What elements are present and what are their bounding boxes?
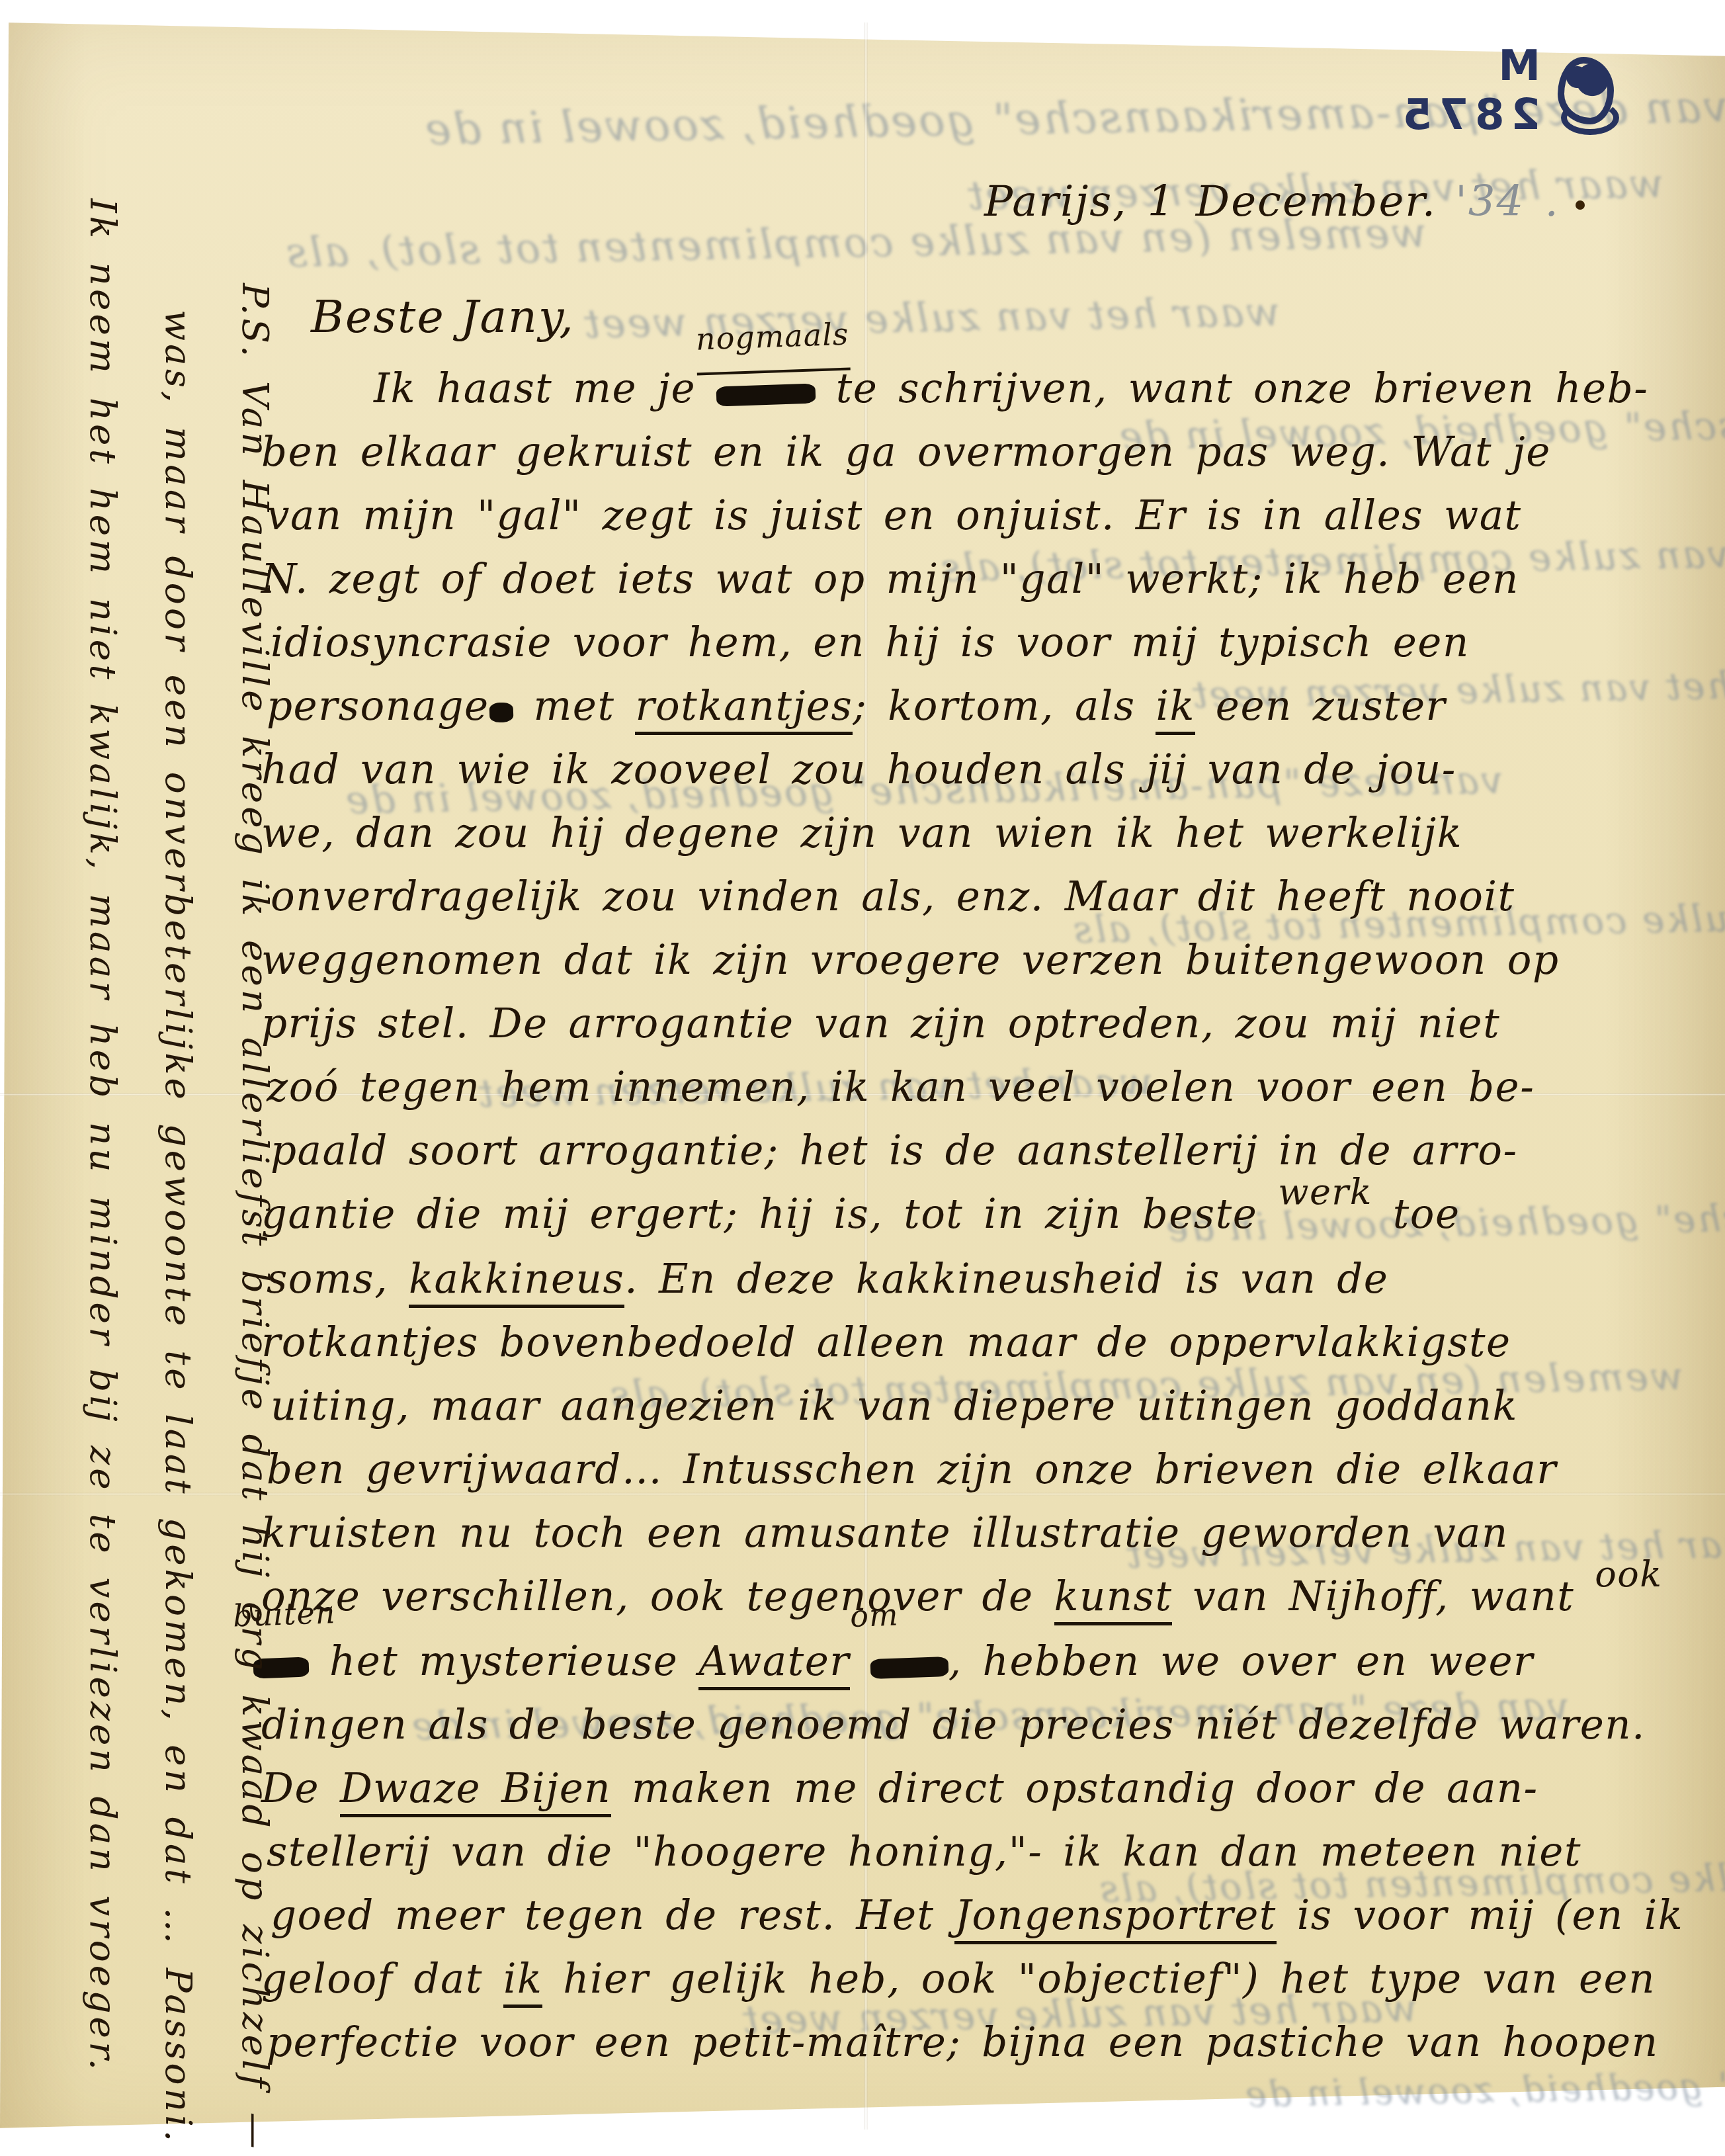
letter-line: ben elkaar gekruist en ik ga overmorgen …: [261, 421, 1703, 484]
letter-text: van Nijhoff, want: [1172, 1573, 1595, 1620]
letter-text: onverdragelijk zou vinden als, enz. Maar…: [271, 873, 1515, 920]
letter-text: maken me direct opstandig door de aan-: [611, 1765, 1538, 1812]
letter-line: N. zegt of doet iets wat op mijn "gal" w…: [261, 548, 1703, 611]
inserted-word: nogmaals: [694, 302, 850, 376]
letter-body: Ik haast me je nogmaals te schrijven, wa…: [261, 357, 1703, 2075]
letter-text: geloof dat: [261, 1956, 503, 2003]
underlined-word: kunst: [1054, 1573, 1173, 1625]
underlined-word: ik: [1156, 683, 1195, 735]
letter-text: te schrijven, want onze brieven heb-: [816, 365, 1648, 412]
letter-text: het mysterieuse: [309, 1638, 698, 1685]
letter-text: van mijn "gal" zegt is juist en onjuist.…: [267, 492, 1522, 539]
letter-line: De Dwaze Bijen maken me direct opstandig…: [261, 1757, 1703, 1821]
letter-text: ben gevrijwaard… Intusschen zijn onze br…: [267, 1446, 1557, 1493]
letter-text: goed meer tegen de rest. Het: [271, 1892, 954, 1939]
letter-line: weggenomen dat ik zijn vroegere verzen b…: [261, 929, 1703, 992]
letter-text: rotkantjes bovenbedoeld alleen maar de o…: [261, 1319, 1511, 1366]
underlined-word: Dwaze Bijen: [340, 1765, 611, 1817]
letter-text: had van wie ik zooveel zou houden als ji…: [261, 746, 1456, 793]
inserted-word: ook: [1595, 1543, 1662, 1606]
stamp-monogram-icon: [1558, 57, 1614, 124]
letter-text: stellerij van die "hoogere honing,"- ik …: [267, 1829, 1581, 1876]
archive-stamp: M 2875: [1329, 41, 1614, 140]
letter-line: dingen als de beste genoemd die precies …: [261, 1694, 1703, 1757]
letter-line: Ik haast me je nogmaals te schrijven, wa…: [374, 357, 1703, 421]
letter-text: uiting, maar aangezien ik van diepere ui…: [271, 1383, 1518, 1430]
letter-text: weggenomen dat ik zijn vroegere verzen b…: [261, 937, 1559, 984]
letter-line: stellerij van die "hoogere honing,"- ik …: [267, 1821, 1703, 1884]
date-line: Parijs, 1 December.'34 .: [984, 177, 1585, 226]
letter-text: toe: [1372, 1191, 1460, 1238]
inserted-word: om: [849, 1583, 900, 1649]
letter-text: N. zegt of doet iets wat op mijn "gal" w…: [261, 556, 1519, 603]
stamp-number: M 2875: [1329, 42, 1540, 140]
place-date: Parijs, 1 December.: [984, 177, 1437, 226]
ink-dot: [1576, 200, 1585, 210]
letter-line: rotkantjes bovenbedoeld alleen maar de o…: [261, 1311, 1703, 1375]
letter-text: idiosyncrasie voor hem, en hij is voor m…: [271, 619, 1470, 666]
letter-line: personage met rotkantjes; kortom, als ik…: [267, 675, 1703, 738]
letter-text: personage: [267, 683, 489, 730]
letter-line: we, dan zou hij degene zijn van wien ik …: [261, 802, 1703, 865]
ink-strikeout: om: [870, 1657, 948, 1679]
letter-line: ben gevrijwaard… Intusschen zijn onze br…: [267, 1438, 1703, 1502]
letter-text: perfectie voor een petit-maître; bijna e…: [267, 2019, 1658, 2066]
letter-text: dingen als de beste genoemd die precies …: [261, 1702, 1646, 1748]
letter-line: zoó tegen hem innemen, ik kan veel voele…: [267, 1056, 1703, 1119]
letter-text: prijs stel. De arrogantie van zijn optre…: [261, 1000, 1500, 1047]
margin-postscript-line-3: Ik neem het hem niet kwalijk, maar heb n…: [82, 198, 124, 2073]
underlined-word: ik: [503, 1956, 542, 2008]
letter-line: perfectie voor een petit-maître; bijna e…: [267, 2011, 1703, 2075]
letter-line: kruisten nu toch een amusante illustrati…: [261, 1502, 1703, 1565]
letter-line: gantie die mij ergert; hij is, tot in zi…: [261, 1183, 1703, 1248]
underlined-word: kakkineus: [409, 1256, 624, 1308]
letter-line: onze verschillen, ook tegenover de kunst…: [261, 1565, 1703, 1630]
letter-line: prijs stel. De arrogantie van zijn optre…: [261, 992, 1703, 1056]
letter-text: . En deze kakkineusheid is van de: [624, 1256, 1388, 1303]
salutation: Beste Jany,: [311, 291, 575, 343]
pencil-year: '34 .: [1455, 177, 1560, 226]
inserted-word: werk: [1278, 1160, 1372, 1224]
letter-text: , hebben we over en weer: [948, 1638, 1534, 1685]
underlined-word: rotkantjes: [635, 683, 853, 735]
letter-line: had van wie ik zooveel zou houden als ji…: [261, 738, 1703, 802]
letter-line: buiten het mysterieuse Awater om, hebben…: [253, 1630, 1703, 1694]
letter-text: Ik haast me je: [374, 365, 716, 412]
letter-text: een zuster: [1195, 683, 1446, 730]
letter-text: onze verschillen, ook tegenover de: [261, 1573, 1054, 1620]
letter-text: ben elkaar gekruist en ik ga overmorgen …: [261, 429, 1551, 476]
letter-text: met: [513, 683, 636, 730]
letter-line: goed meer tegen de rest. Het Jongensport…: [271, 1884, 1703, 1948]
ink-strikeout: [489, 702, 513, 722]
letter-text: we, dan zou hij degene zijn van wien ik …: [261, 810, 1462, 857]
letter-text: soms,: [267, 1256, 409, 1303]
letter-text: kruisten nu toch een amusante illustrati…: [261, 1510, 1509, 1557]
margin-postscript-line-1: P.S. Van Haulleville kreeg ik een allerl…: [234, 283, 276, 2152]
margin-postscript-line-2: was, maar door een onverbeterlijke gewoo…: [157, 310, 200, 2145]
letter-line: onverdragelijk zou vinden als, enz. Maar…: [271, 865, 1703, 929]
letter-line: soms, kakkineus. En deze kakkineusheid i…: [267, 1248, 1703, 1311]
ink-strikeout: nogmaals: [716, 383, 816, 406]
letter-line: van mijn "gal" zegt is juist en onjuist.…: [267, 484, 1703, 548]
letter-text: ; kortom, als: [853, 683, 1156, 730]
letter-text: is voor mij (en ik: [1277, 1892, 1683, 1939]
letter-line: geloof dat ik hier gelijk heb, ook "obje…: [261, 1948, 1703, 2011]
letter-text: gantie die mij ergert; hij is, tot in zi…: [261, 1191, 1278, 1238]
letter-text: hier gelijk heb, ook "objectief") het ty…: [542, 1956, 1656, 2003]
underlined-word: Jongensportret: [954, 1892, 1276, 1944]
letter-line: paald soort arrogantie; het is de aanste…: [271, 1119, 1703, 1183]
letter-line: uiting, maar aangezien ik van diepere ui…: [271, 1375, 1703, 1438]
scanned-letter-page: { "letter": { "stamp_text": "M 2875", "p…: [0, 0, 1725, 2156]
underlined-word: Awater: [698, 1638, 850, 1690]
letter-line: idiosyncrasie voor hem, en hij is voor m…: [271, 611, 1703, 675]
letter-text: zoó tegen hem innemen, ik kan veel voele…: [267, 1064, 1535, 1111]
